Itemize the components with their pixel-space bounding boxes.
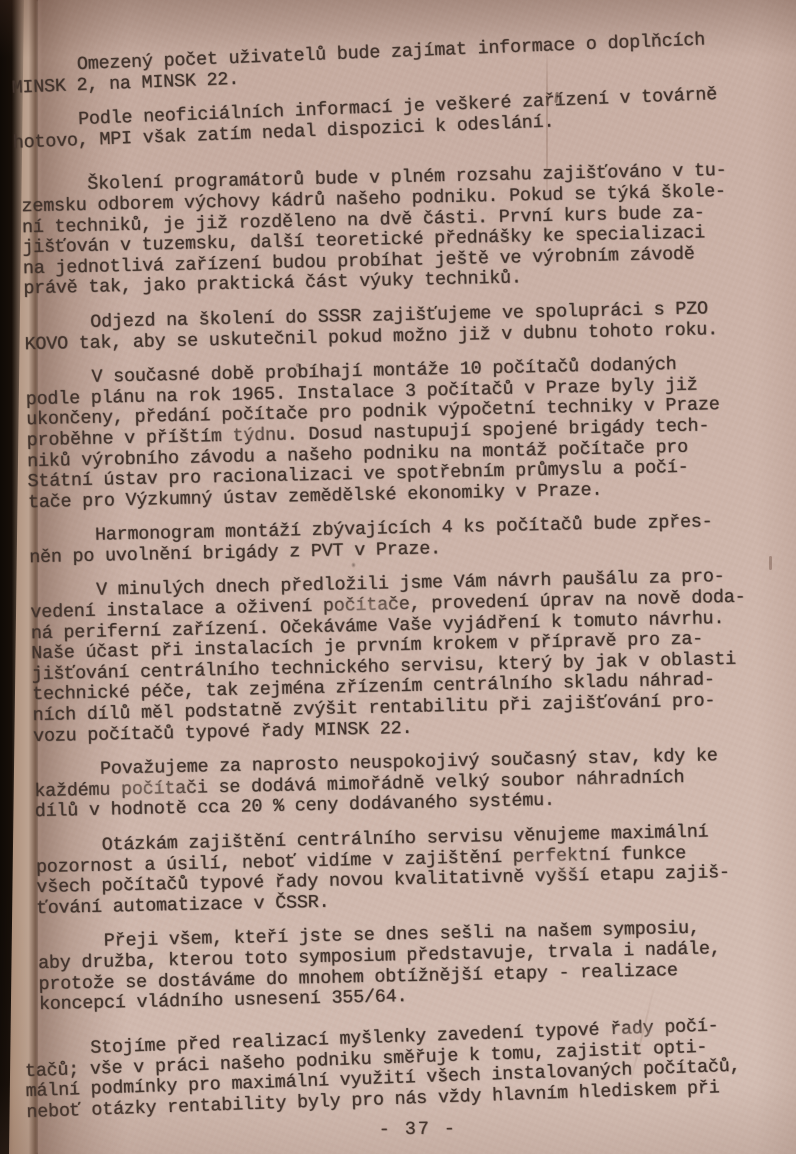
paragraph-9: Otázkám zajištění centrálního servisu vě… [35, 821, 789, 920]
paragraph-3: Školení programátorů bude v plném rozsah… [21, 160, 776, 300]
page-number: - 37 - [42, 1116, 794, 1145]
paragraph-11: Stojíme před realizací myšlenky zavedení… [24, 1013, 794, 1123]
paragraph-7: V minulých dnech předložili jsme Vám náv… [30, 566, 785, 747]
paragraph-4: Odjezd na školení do SSSR zajišťujeme ve… [24, 298, 777, 356]
paragraph-8: Považujeme za naprosto neuspokojivý souč… [34, 745, 787, 823]
scanned-document-page: Omezený počet uživatelů bude zajímat inf… [0, 0, 796, 1154]
paragraph-6: Harmonogram montáží zbývajících 4 ks poč… [29, 511, 782, 569]
paragraph-5: V současné době probíhají montáže 10 poč… [25, 353, 780, 514]
typewritten-text: Omezený počet uživatelů bude zajímat inf… [18, 28, 794, 1149]
paragraph-10: Přeji všem, kteří jste se dnes sešli na … [37, 917, 791, 1016]
